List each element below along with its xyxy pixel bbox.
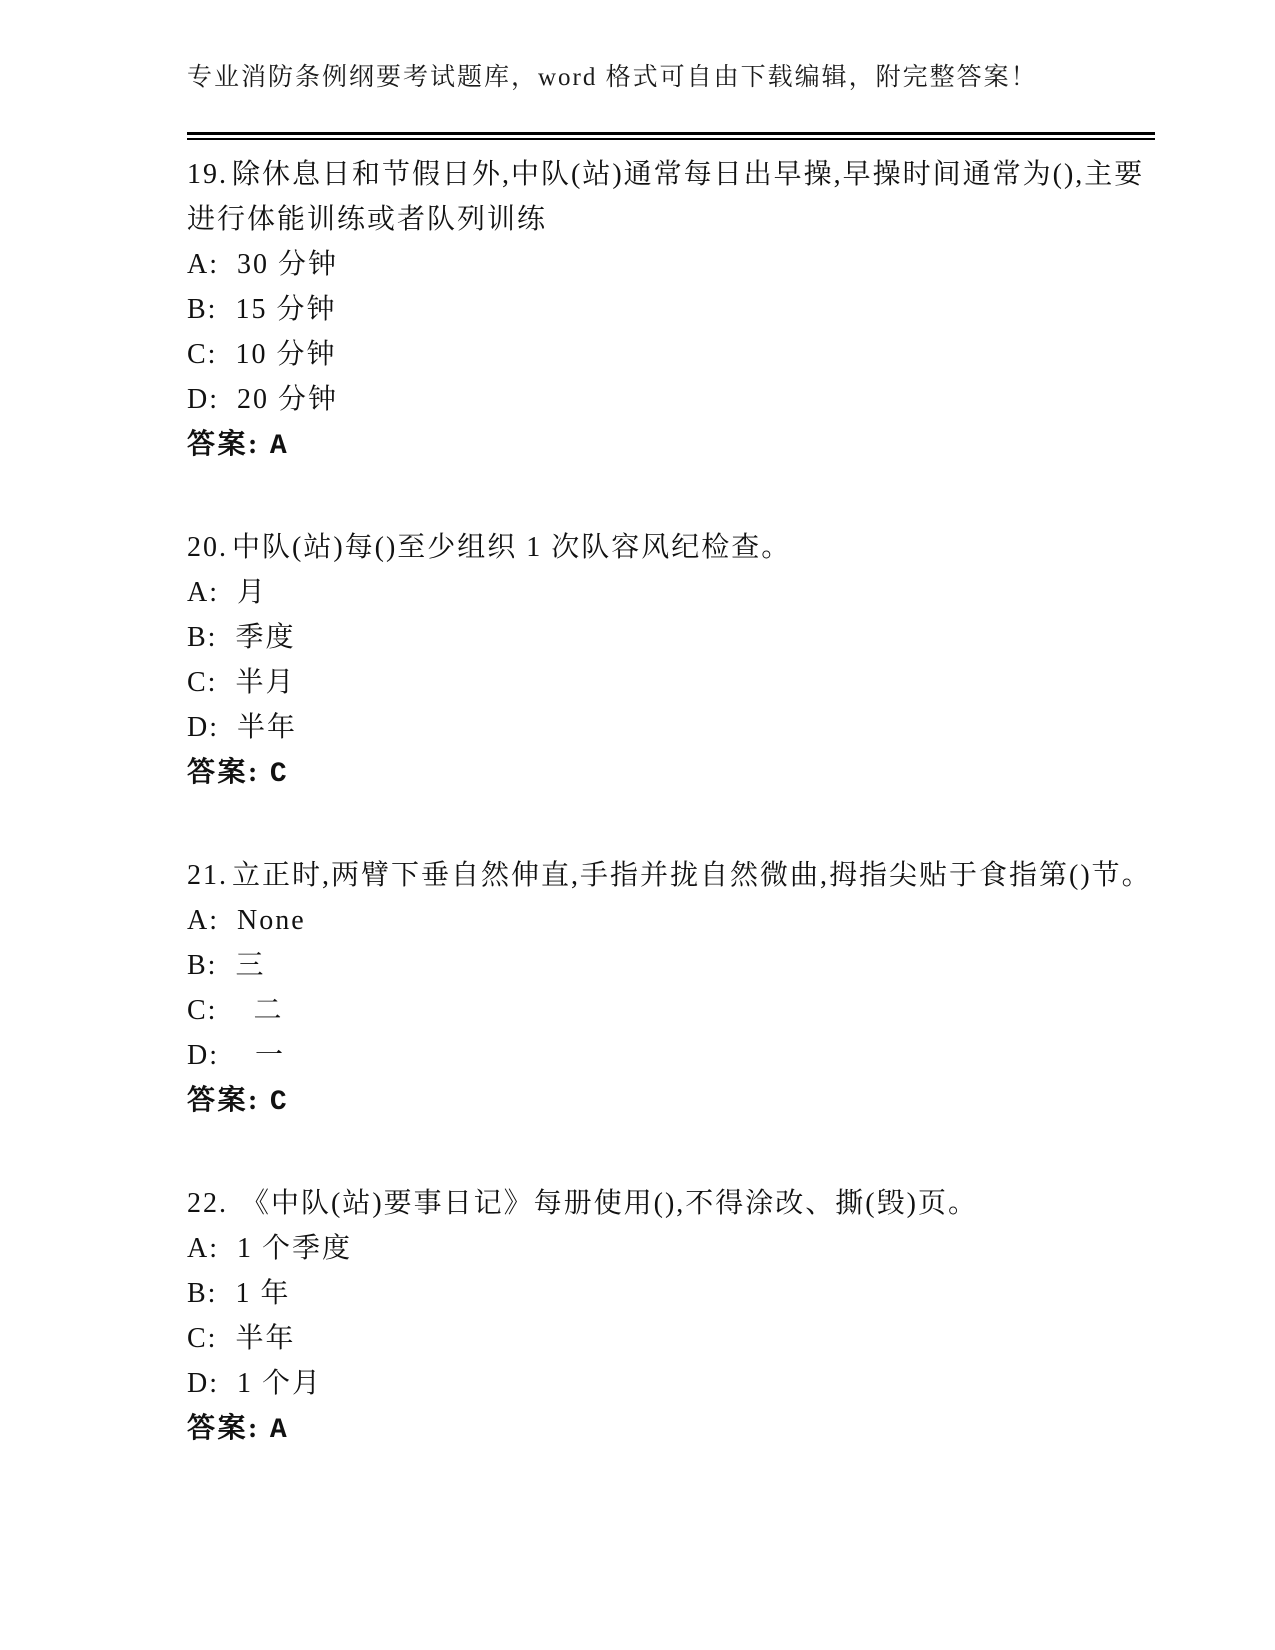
option-text: 半年 [237,712,297,743]
option-label: B: [187,950,217,981]
question-body: 《中队(站)要事日记》每册使用(),不得涂改、撕(毁)页。 [232,1188,978,1219]
question-text: 19.除休息日和节假日外,中队(站)通常每日出早操,早操时间通常为(),主要进行… [187,152,1155,242]
answer-row: 答案:A [187,1406,1155,1453]
option-row-a: A:30 分钟 [187,242,1155,287]
option-text: 三 [235,950,265,981]
answer-value: C [270,1087,289,1118]
option-label: A: [187,1233,219,1264]
option-text: 10 分钟 [235,339,336,370]
option-text: 半月 [235,667,295,698]
answer-label: 答案: [187,1413,260,1444]
option-label: A: [187,905,219,936]
option-row-b: B:三 [187,943,1155,988]
option-label: D: [187,712,219,743]
question-block-21: 21.立正时,两臂下垂自然伸直,手指并拢自然微曲,拇指尖贴于食指第()节。 A:… [187,853,1155,1125]
answer-label: 答案: [187,429,260,460]
option-row-d: D: 一 [187,1033,1155,1078]
question-body: 除休息日和节假日外,中队(站)通常每日出早操,早操时间通常为(),主要进行体能训… [187,159,1144,235]
answer-value: C [270,759,289,790]
option-row-b: B:季度 [187,615,1155,660]
option-row-c: C:半月 [187,660,1155,705]
document-content: 19.除休息日和节假日外,中队(站)通常每日出早操,早操时间通常为(),主要进行… [187,140,1155,1453]
option-row-d: D:半年 [187,705,1155,750]
answer-label: 答案: [187,1085,260,1116]
answer-label: 答案: [187,757,260,788]
option-text: 半年 [235,1323,295,1354]
option-row-a: A:1 个季度 [187,1226,1155,1271]
option-text: 1 个季度 [237,1233,352,1264]
option-label: C: [187,1323,217,1354]
question-number: 22. [187,1188,228,1219]
document-header-text: 专业消防条例纲要考试题库，word 格式可自由下载编辑，附完整答案！ [187,62,1155,94]
answer-row: 答案:A [187,422,1155,469]
question-number: 21. [187,860,228,891]
option-row-b: B:1 年 [187,1271,1155,1316]
option-label: A: [187,577,219,608]
option-text: 1 个月 [237,1368,322,1399]
option-row-c: C:10 分钟 [187,332,1155,377]
option-row-a: A:月 [187,570,1155,615]
document-page: 专业消防条例纲要考试题库，word 格式可自由下载编辑，附完整答案！ 19.除休… [0,0,1275,1650]
option-text: 30 分钟 [237,249,338,280]
question-body: 立正时,两臂下垂自然伸直,手指并拢自然微曲,拇指尖贴于食指第()节。 [232,860,1152,891]
option-row-d: D:20 分钟 [187,377,1155,422]
option-label: B: [187,622,217,653]
option-text: 月 [237,577,267,608]
question-text: 20.中队(站)每()至少组织 1 次队容风纪检查。 [187,525,1155,570]
option-text: 季度 [235,622,295,653]
question-number: 20. [187,532,228,563]
option-row-b: B:15 分钟 [187,287,1155,332]
option-label: C: [187,995,217,1026]
option-row-d: D:1 个月 [187,1361,1155,1406]
option-text: 20 分钟 [237,384,338,415]
option-row-c: C:半年 [187,1316,1155,1361]
option-text: 15 分钟 [235,294,336,325]
answer-value: A [270,1415,289,1446]
option-text: None [237,905,306,936]
header-divider-double-rule [187,132,1155,140]
question-block-22: 22. 《中队(站)要事日记》每册使用(),不得涂改、撕(毁)页。 A:1 个季… [187,1181,1155,1453]
option-label: C: [187,339,217,370]
option-text: 1 年 [235,1278,290,1309]
option-text: 二 [235,995,283,1026]
option-text: 一 [237,1040,285,1071]
option-label: B: [187,1278,217,1309]
option-label: D: [187,1040,219,1071]
question-number: 19. [187,159,228,190]
option-row-a: A:None [187,898,1155,943]
question-text: 21.立正时,两臂下垂自然伸直,手指并拢自然微曲,拇指尖贴于食指第()节。 [187,853,1155,898]
option-label: B: [187,294,217,325]
question-body: 中队(站)每()至少组织 1 次队容风纪检查。 [232,532,791,563]
option-row-c: C: 二 [187,988,1155,1033]
option-label: D: [187,384,219,415]
option-label: A: [187,249,219,280]
option-label: C: [187,667,217,698]
question-block-20: 20.中队(站)每()至少组织 1 次队容风纪检查。 A:月 B:季度 C:半月… [187,525,1155,797]
question-text: 22. 《中队(站)要事日记》每册使用(),不得涂改、撕(毁)页。 [187,1181,1155,1226]
answer-row: 答案:C [187,1078,1155,1125]
answer-value: A [270,431,289,462]
answer-row: 答案:C [187,750,1155,797]
option-label: D: [187,1368,219,1399]
question-block-19: 19.除休息日和节假日外,中队(站)通常每日出早操,早操时间通常为(),主要进行… [187,152,1155,469]
